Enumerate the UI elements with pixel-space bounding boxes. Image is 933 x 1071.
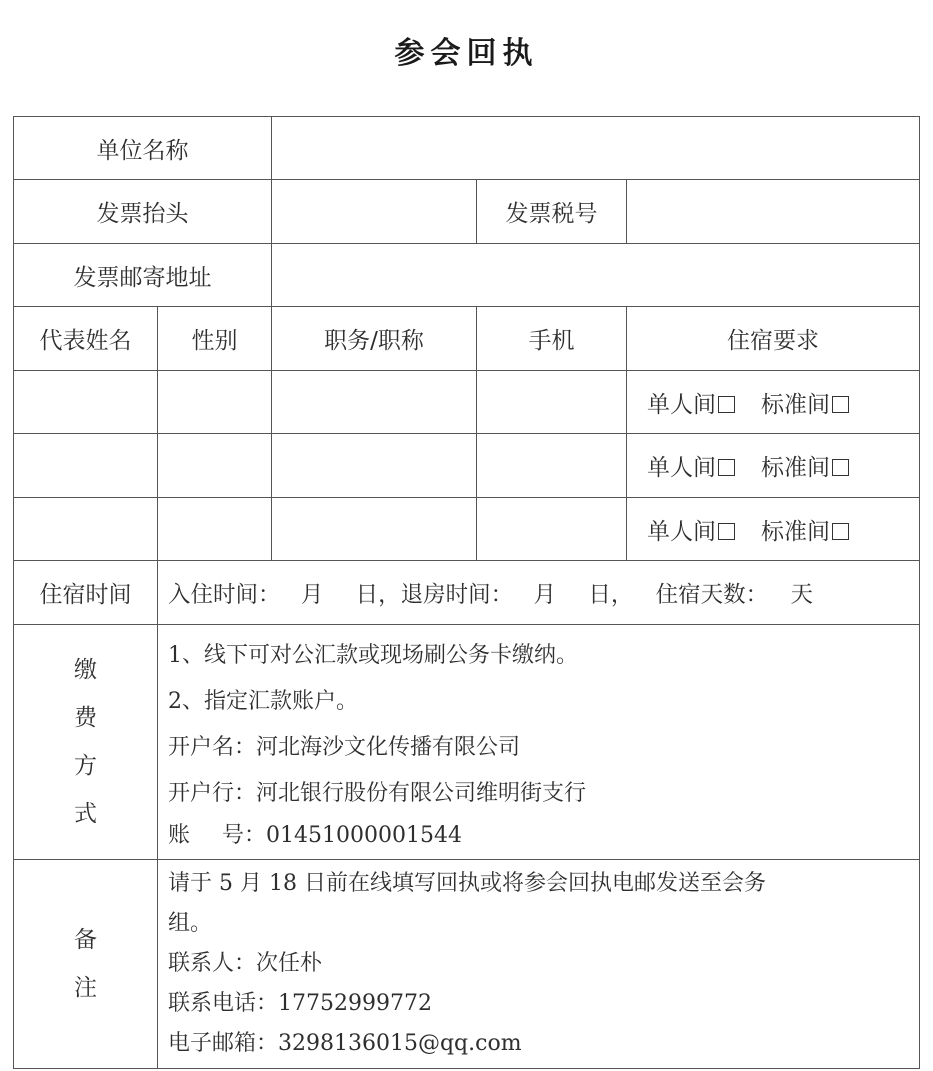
attendee-phone-field[interactable] bbox=[477, 434, 627, 498]
attendee-name-field[interactable] bbox=[14, 434, 158, 498]
payment-details: 1、线下可对公汇款或现场刷公务卡缴纳。 2、指定汇款账户。 开户名：河北海沙文化… bbox=[158, 625, 920, 860]
notes-details: 请于 5 月 18 日前在线填写回执或将参会回执电邮发送至会务 组。 联系人：次… bbox=[158, 860, 920, 1069]
standard-room-checkbox[interactable] bbox=[832, 459, 849, 476]
attendee-position-field[interactable] bbox=[272, 371, 477, 434]
single-room-label: 单人间 bbox=[647, 519, 716, 545]
single-room-label: 单人间 bbox=[647, 392, 716, 418]
attendee-gender-field[interactable] bbox=[158, 371, 272, 434]
deadline-note-cont: 组。 bbox=[168, 904, 919, 944]
nights-unit: 天 bbox=[790, 577, 813, 609]
account-name: 开户名：河北海沙文化传播有限公司 bbox=[168, 725, 919, 771]
standard-room-checkbox[interactable] bbox=[832, 523, 849, 540]
header-phone: 手机 bbox=[477, 307, 627, 371]
attendee-row: 单人间标准间 bbox=[14, 498, 920, 561]
accommodation-options: 单人间标准间 bbox=[627, 498, 920, 561]
single-room-option[interactable]: 单人间 bbox=[647, 513, 735, 546]
payment-line-1: 1、线下可对公汇款或现场刷公务卡缴纳。 bbox=[168, 633, 919, 679]
single-room-checkbox[interactable] bbox=[718, 396, 735, 413]
attendee-phone-field[interactable] bbox=[477, 498, 627, 561]
single-room-label: 单人间 bbox=[647, 455, 716, 481]
invoice-title-label: 发票抬头 bbox=[14, 180, 272, 244]
checkin-day-unit: 日， bbox=[356, 577, 401, 609]
single-room-checkbox[interactable] bbox=[718, 459, 735, 476]
single-room-checkbox[interactable] bbox=[718, 523, 735, 540]
attendee-position-field[interactable] bbox=[272, 434, 477, 498]
account-number-line: 账号：01451000001544 bbox=[168, 817, 919, 855]
invoice-tax-no-field[interactable] bbox=[627, 180, 920, 244]
unit-name-field[interactable] bbox=[272, 117, 920, 180]
single-room-option[interactable]: 单人间 bbox=[647, 386, 735, 419]
page-title: 参会回执 bbox=[0, 28, 933, 72]
header-accommodation: 住宿要求 bbox=[627, 307, 920, 371]
contact-email: 电子邮箱：3298136015@qq.com bbox=[168, 1024, 919, 1064]
header-name: 代表姓名 bbox=[14, 307, 158, 371]
account-number: 01451000001544 bbox=[266, 823, 462, 848]
registration-form-table: 单位名称 发票抬头 发票税号 发票邮寄地址 代表姓名 性别 职务/职称 手机 住… bbox=[13, 116, 920, 1069]
accommodation-options: 单人间标准间 bbox=[627, 371, 920, 434]
checkout-month-unit: 月 bbox=[534, 577, 557, 609]
payment-method-label: 缴 费 方 式 bbox=[14, 625, 158, 860]
accommodation-options: 单人间标准间 bbox=[627, 434, 920, 498]
header-position: 职务/职称 bbox=[272, 307, 477, 371]
payment-row: 缴 费 方 式 1、线下可对公汇款或现场刷公务卡缴纳。 2、指定汇款账户。 开户… bbox=[14, 625, 920, 860]
deadline-note: 请于 5 月 18 日前在线填写回执或将参会回执电邮发送至会务 bbox=[168, 864, 919, 904]
checkin-month-unit: 月 bbox=[301, 577, 324, 609]
checkout-label: 退房时间： bbox=[401, 577, 514, 609]
account-bank: 开户行：河北银行股份有限公司维明街支行 bbox=[168, 771, 919, 817]
attendee-name-field[interactable] bbox=[14, 371, 158, 434]
row-invoice: 发票抬头 发票税号 bbox=[14, 180, 920, 244]
checkin-label: 入住时间： bbox=[168, 577, 281, 609]
attendee-gender-field[interactable] bbox=[158, 434, 272, 498]
attendee-header-row: 代表姓名 性别 职务/职称 手机 住宿要求 bbox=[14, 307, 920, 371]
payment-line-2: 2、指定汇款账户。 bbox=[168, 679, 919, 725]
header-gender: 性别 bbox=[158, 307, 272, 371]
standard-room-label: 标准间 bbox=[761, 455, 830, 481]
attendee-gender-field[interactable] bbox=[158, 498, 272, 561]
notes-row: 备 注 请于 5 月 18 日前在线填写回执或将参会回执电邮发送至会务 组。 联… bbox=[14, 860, 920, 1069]
unit-name-label: 单位名称 bbox=[14, 117, 272, 180]
row-invoice-address: 发票邮寄地址 bbox=[14, 244, 920, 307]
attendee-phone-field[interactable] bbox=[477, 371, 627, 434]
invoice-title-field[interactable] bbox=[272, 180, 477, 244]
attendee-row: 单人间标准间 bbox=[14, 371, 920, 434]
standard-room-option[interactable]: 标准间 bbox=[761, 386, 849, 419]
contact-phone: 联系电话：17752999772 bbox=[168, 984, 919, 1024]
attendee-position-field[interactable] bbox=[272, 498, 477, 561]
stay-time-field[interactable]: 入住时间： 月 日，退房时间： 月 日， 住宿天数： 天 bbox=[158, 561, 920, 625]
invoice-address-label: 发票邮寄地址 bbox=[14, 244, 272, 307]
standard-room-label: 标准间 bbox=[761, 392, 830, 418]
attendee-name-field[interactable] bbox=[14, 498, 158, 561]
invoice-tax-no-label: 发票税号 bbox=[477, 180, 627, 244]
standard-room-checkbox[interactable] bbox=[832, 396, 849, 413]
row-unit-name: 单位名称 bbox=[14, 117, 920, 180]
stay-time-label: 住宿时间 bbox=[14, 561, 158, 625]
single-room-option[interactable]: 单人间 bbox=[647, 449, 735, 482]
notes-label: 备 注 bbox=[14, 860, 158, 1069]
contact-person: 联系人：次任朴 bbox=[168, 944, 919, 984]
invoice-address-field[interactable] bbox=[272, 244, 920, 307]
standard-room-option[interactable]: 标准间 bbox=[761, 449, 849, 482]
standard-room-option[interactable]: 标准间 bbox=[761, 513, 849, 546]
standard-room-label: 标准间 bbox=[761, 519, 830, 545]
stay-time-row: 住宿时间 入住时间： 月 日，退房时间： 月 日， 住宿天数： 天 bbox=[14, 561, 920, 625]
checkout-day-unit: 日， bbox=[588, 577, 633, 609]
attendee-row: 单人间标准间 bbox=[14, 434, 920, 498]
nights-label: 住宿天数： bbox=[656, 577, 769, 609]
